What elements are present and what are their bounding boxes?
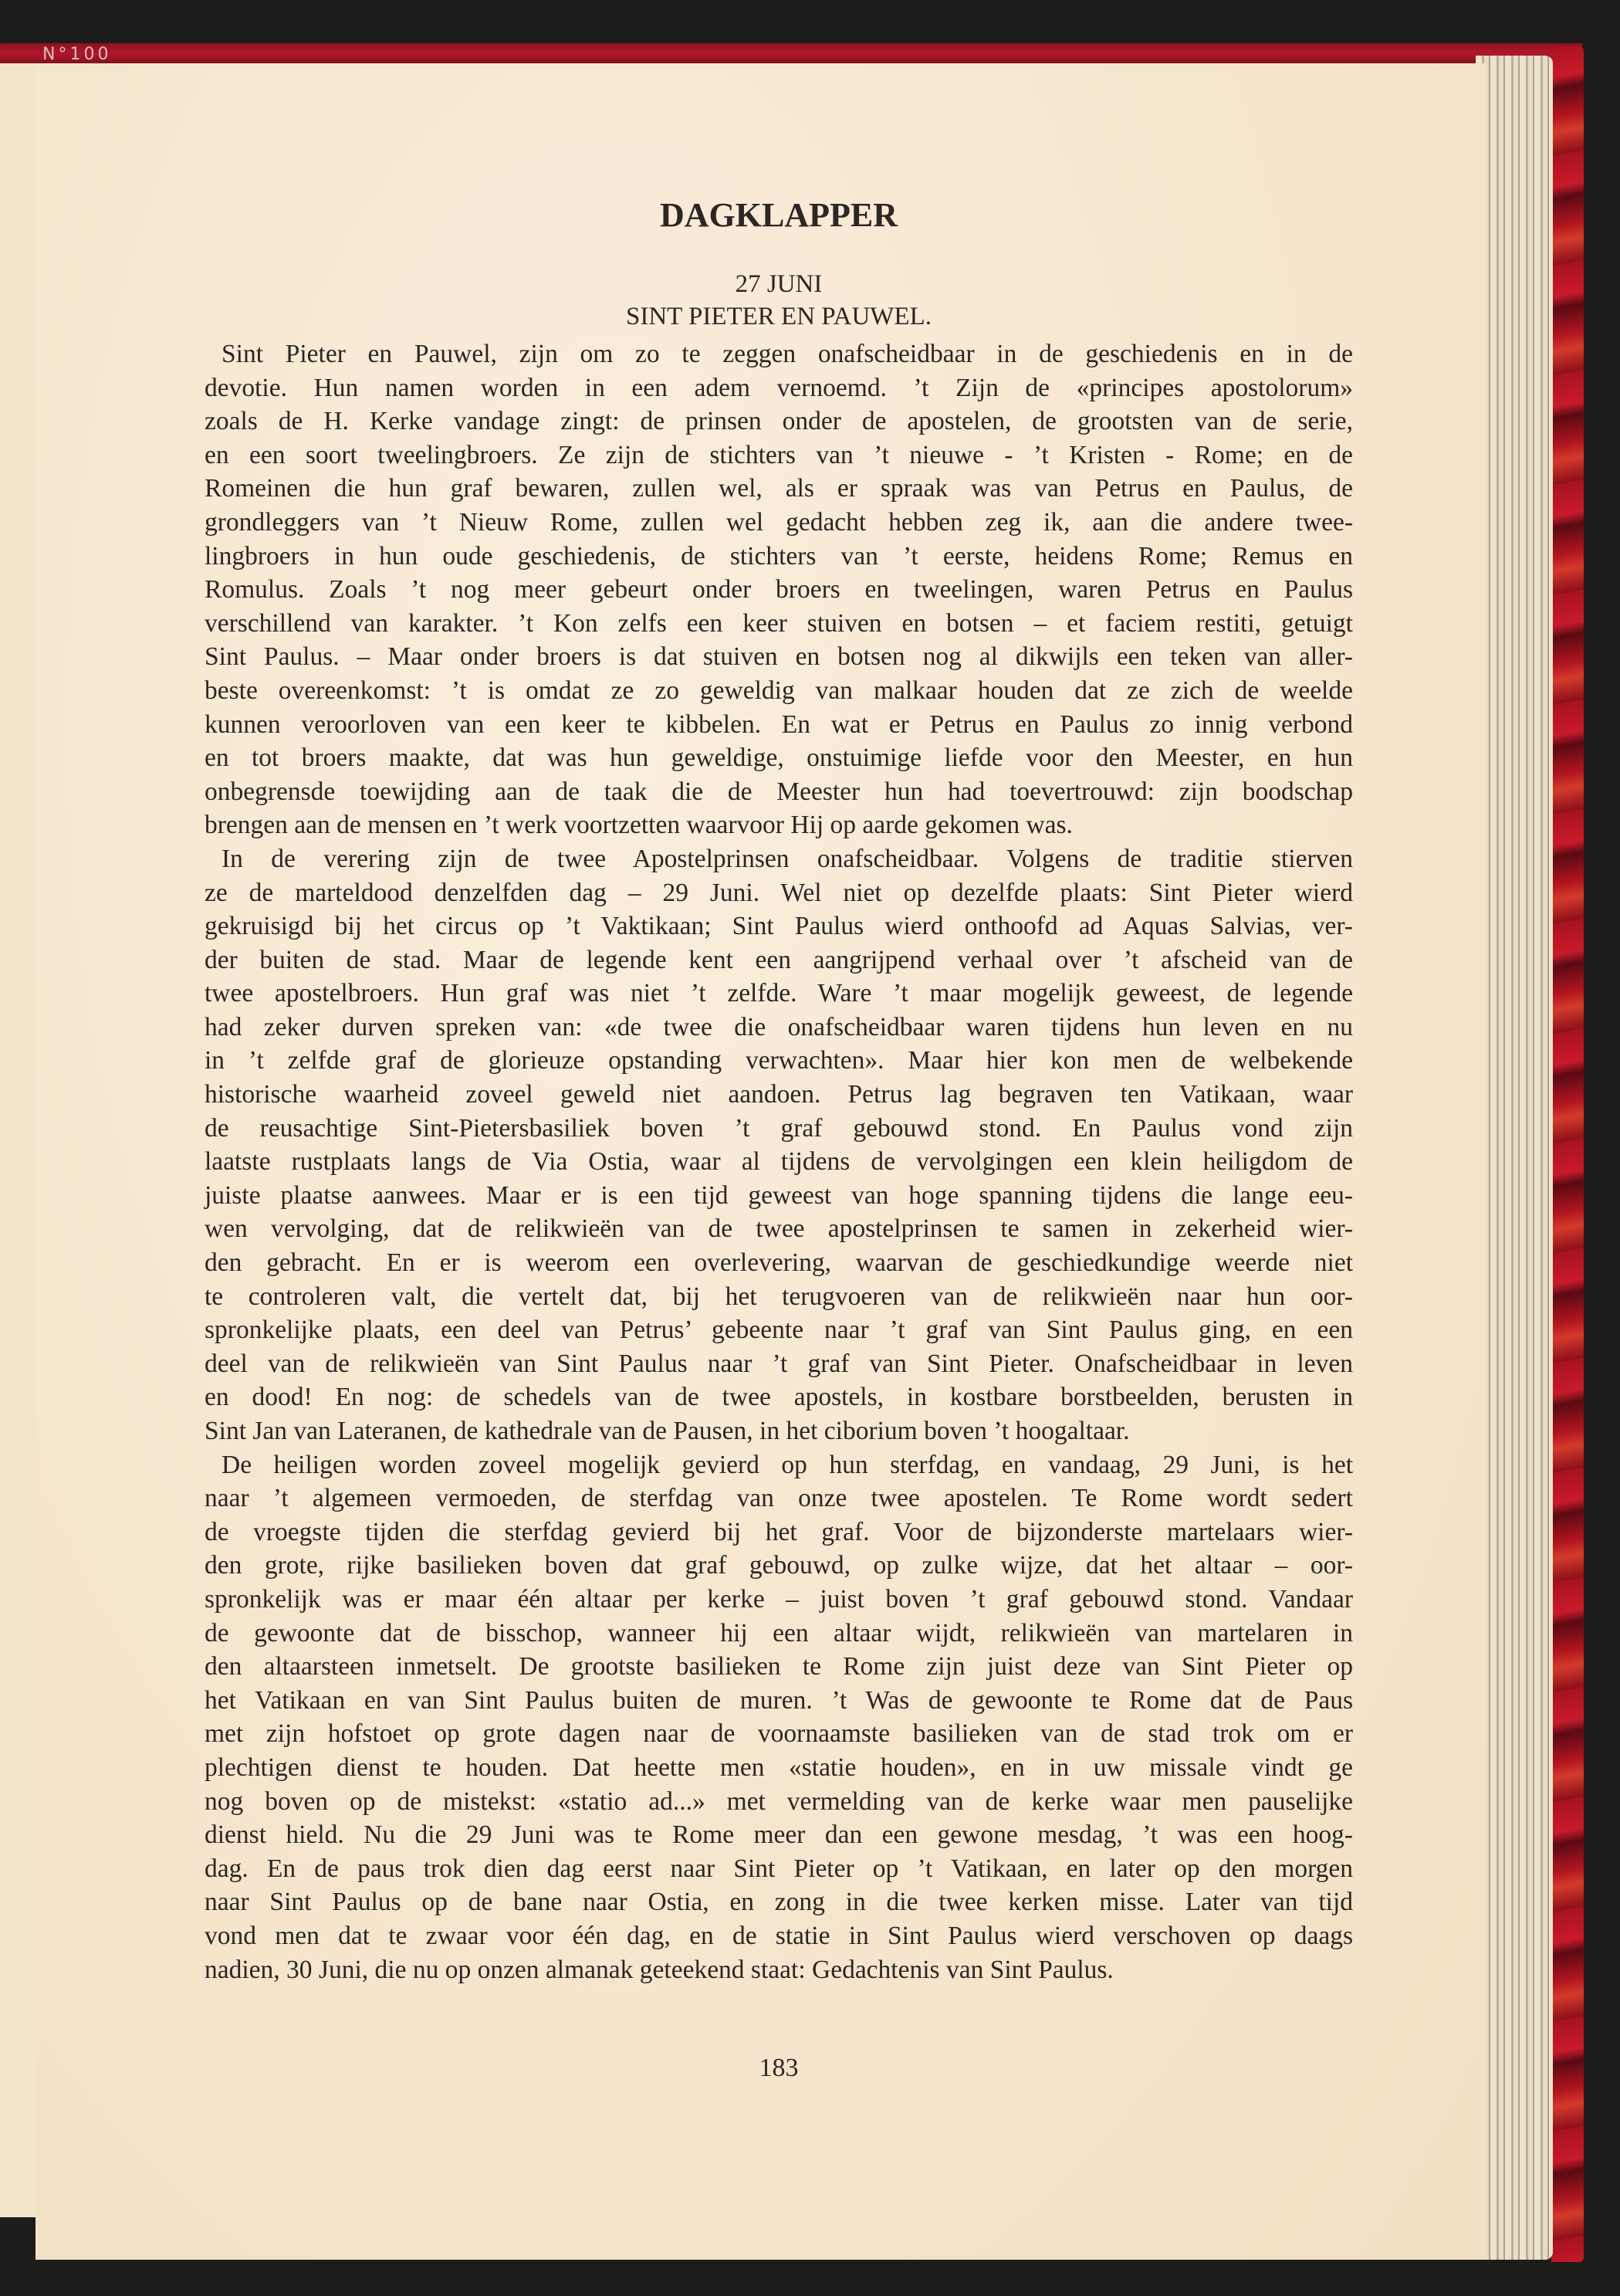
text-line: naar ’t algemeen vermoeden, de sterfdag … [205, 1482, 1353, 1515]
text-line: historische waarheid zoveel geweld niet … [205, 1078, 1353, 1112]
text-line: de gewoonte dat de bisschop, wanneer hij… [205, 1617, 1353, 1651]
page-date: 27 JUNI [205, 270, 1353, 299]
paragraph: De heiligen worden zoveel mogelijk gevie… [205, 1448, 1353, 1987]
text-line: in ’t zelfde graf de glorieuze opstandin… [205, 1044, 1353, 1078]
text-line: onbegrensde toewijding aan de taak die d… [205, 775, 1353, 809]
text-line: de reusachtige Sint-Pietersbasiliek bove… [205, 1112, 1353, 1146]
text-line: en een soort tweelingbroers. Ze zijn de … [205, 439, 1353, 472]
text-line: Romeinen die hun graf bewaren, zullen we… [205, 472, 1353, 506]
text-line: Romulus. Zoals ’t nog meer gebeurt onder… [205, 573, 1353, 607]
page-stack-edge [1476, 56, 1553, 2260]
text-line: te controleren valt, die vertelt dat, bi… [205, 1280, 1353, 1314]
text-line: devotie. Hun namen worden in een adem ve… [205, 371, 1353, 405]
text-line: De heiligen worden zoveel mogelijk gevie… [205, 1448, 1353, 1482]
text-line: Sint Paulus. – Maar onder broers is dat … [205, 640, 1353, 674]
text-line: dag. En de paus trok dien dag eerst naar… [205, 1852, 1353, 1886]
text-line: ze de marteldood denzelfden dag – 29 Jun… [205, 876, 1353, 910]
text-line: en dood! En nog: de schedels van de twee… [205, 1380, 1353, 1414]
text-line: met zijn hofstoet op grote dagen naar de… [205, 1717, 1353, 1751]
text-line: nog boven op de mistekst: «statio ad...»… [205, 1785, 1353, 1819]
text-line: grondleggers van ’t Nieuw Rome, zullen w… [205, 506, 1353, 540]
text-line: deel van de relikwieën van Sint Paulus n… [205, 1347, 1353, 1381]
text-line: beste overeenkomst: ’t is omdat ze zo ge… [205, 674, 1353, 708]
text-line: kunnen veroorloven van een keer te kibbe… [205, 708, 1353, 742]
left-page-edge [0, 63, 37, 2217]
text-line: had zeker durven spreken van: «de twee d… [205, 1011, 1353, 1045]
text-line: verschillend van karakter. ’t Kon zelfs … [205, 607, 1353, 641]
body-text: Sint Pieter en Pauwel, zijn om zo te zeg… [205, 337, 1353, 1986]
text-line: naar Sint Paulus op de bane naar Ostia, … [205, 1885, 1353, 1919]
page-subtitle: SINT PIETER EN PAUWEL. [205, 303, 1353, 331]
text-line: den grote, rijke basilieken boven dat gr… [205, 1549, 1353, 1583]
page-number: 183 [205, 2054, 1353, 2083]
book-cover-right-edge [1551, 46, 1584, 2262]
page-heading: DAGKLAPPER [205, 195, 1353, 235]
text-line: wen vervolging, dat de relikwieën van de… [205, 1212, 1353, 1246]
text-line: spronkelijk was er maar één altaar per k… [205, 1583, 1353, 1617]
text-line: twee apostelbroers. Hun graf was niet ’t… [205, 977, 1353, 1011]
text-line: der buiten de stad. Maar de legende kent… [205, 943, 1353, 977]
spine-label: N°100 [42, 45, 111, 64]
text-line: spronkelijke plaats, een deel van Petrus… [205, 1313, 1353, 1347]
paragraph: In de verering zijn de twee Apostelprins… [205, 842, 1353, 1448]
text-line: In de verering zijn de twee Apostelprins… [205, 842, 1353, 876]
text-line: den altaarsteen inmetselt. De grootste b… [205, 1650, 1353, 1684]
text-line: dienst hield. Nu die 29 Juni was te Rome… [205, 1818, 1353, 1852]
text-line: den gebracht. En er is weerom een overle… [205, 1246, 1353, 1280]
text-line: Sint Pieter en Pauwel, zijn om zo te zeg… [205, 337, 1353, 371]
text-line: laatste rustplaats langs de Via Ostia, w… [205, 1145, 1353, 1179]
text-line: brengen aan de mensen en ’t werk voortze… [205, 808, 1353, 842]
text-line: plechtigen dienst te houden. Dat heette … [205, 1751, 1353, 1785]
text-line: het Vatikaan en van Sint Paulus buiten d… [205, 1684, 1353, 1718]
text-line: de vroegste tijden die sterfdag gevierd … [205, 1515, 1353, 1549]
book-cover-top-edge: N°100 [0, 43, 1582, 65]
text-line: en tot broers maakte, dat was hun geweld… [205, 741, 1353, 775]
text-line: nadien, 30 Juni, die nu op onzen almanak… [205, 1953, 1353, 1987]
text-line: juiste plaatse aanwees. Maar er is een t… [205, 1179, 1353, 1213]
paragraph: Sint Pieter en Pauwel, zijn om zo te zeg… [205, 337, 1353, 842]
text-line: Sint Jan van Lateranen, de kathedrale va… [205, 1414, 1353, 1448]
text-line: zoals de H. Kerke vandage zingt: de prin… [205, 405, 1353, 439]
book-page: DAGKLAPPER 27 JUNI SINT PIETER EN PAUWEL… [36, 63, 1486, 2260]
text-line: gekruisigd bij het circus op ’t Vaktikaa… [205, 909, 1353, 943]
text-line: vond men dat te zwaar voor één dag, en d… [205, 1919, 1353, 1953]
text-line: lingbroers in hun oude geschiedenis, de … [205, 540, 1353, 574]
